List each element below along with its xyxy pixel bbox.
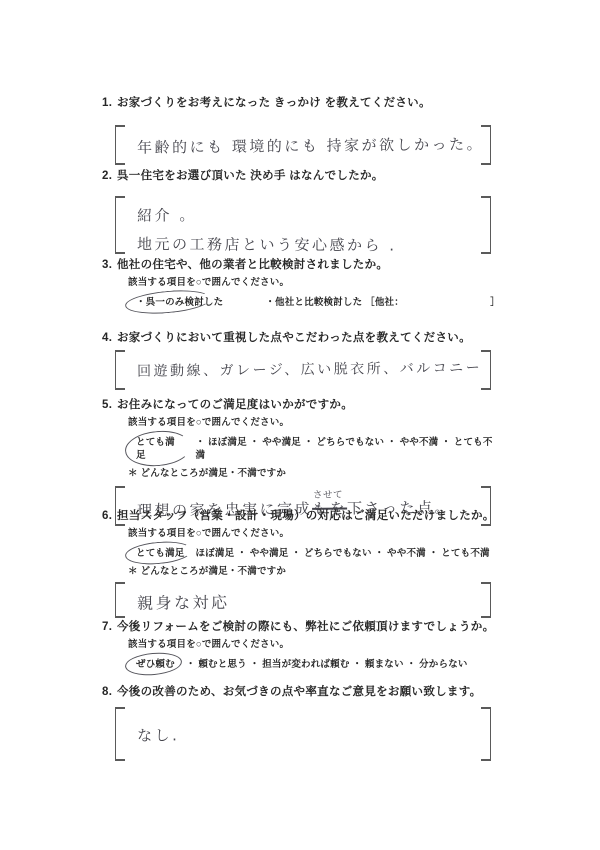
option-selected: ・呉一のみ検討した — [132, 295, 227, 310]
question-text: お家づくりにおいて重視した点やこだわった点を教えてください。 — [117, 331, 502, 345]
question-6: 6. 担当スタッフ（営業・設計・現場）の対応はご満足いただけましたか。 該当する… — [102, 509, 502, 618]
question-number: 1. — [102, 96, 117, 110]
answer-box-1: 年齢的にも 環境的にも 持家が欲しかった。 — [115, 125, 491, 165]
answer-box-4: 回遊動線、ガレージ、広い脱衣所、バルコニー — [115, 350, 491, 390]
question-8: 8. 今後の改善のため、お気づきの点や率直なご意見をお願い致します。 なし. — [102, 685, 502, 761]
question-text: 他社の住宅や、他の業者と比較検討されましたか。 — [117, 258, 502, 272]
answer-box-8: なし. — [115, 707, 491, 761]
question-number: 8. — [102, 685, 117, 699]
question-4: 4. お家づくりにおいて重視した点やこだわった点を教えてください。 回遊動線、ガ… — [102, 331, 502, 390]
question-text: お家づくりをお考えになった きっかけ を教えてください。 — [117, 96, 502, 110]
question-number: 6. — [102, 509, 117, 523]
handwritten-answer: 年齢的にも 環境的にも 持家が欲しかった。 — [115, 123, 491, 158]
handwritten-answer-line-1: 紹介 。 — [115, 194, 491, 229]
handwritten-answer: 親身な対応 — [115, 580, 491, 614]
handwritten-answer: なし. — [115, 705, 491, 746]
question-number: 7. — [102, 620, 117, 634]
circle-instruction: 該当する項目を○で囲んでください。 — [128, 277, 502, 289]
option-label: とても満足 — [136, 437, 175, 461]
question-number: 4. — [102, 331, 117, 345]
question-text: 今後の改善のため、お気づきの点や率直なご意見をお願い致します。 — [117, 685, 502, 699]
question-7-heading: 7. 今後リフォームをご検討の際にも、弊社にご依頼頂けますでしょうか。 — [102, 620, 502, 634]
options-row: とても満足 ・ ほぼ満足 ・ やや満足 ・ どちらでもない ・ やや不満 ・ と… — [132, 435, 502, 463]
answer-box-6: 親身な対応 — [115, 582, 491, 618]
question-text: 呉一住宅をお選び頂いた 決め手 はなんでしたか。 — [117, 169, 502, 183]
question-number: 3. — [102, 258, 117, 272]
question-6-heading: 6. 担当スタッフ（営業・設計・現場）の対応はご満足いただけましたか。 — [102, 509, 502, 523]
question-text: 今後リフォームをご検討の際にも、弊社にご依頼頂けますでしょうか。 — [117, 620, 502, 634]
option-label: ・呉一のみ検討した — [136, 297, 223, 308]
handwritten-answer: 回遊動線、ガレージ、広い脱衣所、バルコニー — [115, 348, 491, 381]
question-number: 2. — [102, 169, 117, 183]
circle-instruction: 該当する項目を○で囲んでください。 — [128, 417, 502, 429]
handwritten-answer-line-2: 地元の工務店という安心感から . — [115, 226, 491, 259]
option-label: とても満足 — [136, 548, 185, 559]
question-5: 5. お住みになってのご満足度はいかがですか。 該当する項目を○で囲んでください… — [102, 398, 502, 526]
followup-note: ＊ どんなところが満足・不満ですか — [128, 468, 502, 480]
option-other: ・他社と比較検討した ［他社： — [265, 296, 404, 309]
options-row: ・呉一のみ検討した ・他社と比較検討した ［他社： ］ — [132, 295, 502, 310]
option-others: ・ ほぼ満足 ・ やや満足 ・ どちらでもない ・ やや不満 ・ とても不満 — [195, 436, 502, 462]
options-row: とても満足 ほぼ満足 ・ やや満足 ・ どちらでもない ・ やや不満 ・ とても… — [132, 546, 502, 561]
option-label: ぜひ頼む — [136, 659, 175, 670]
question-3: 3. 他社の住宅や、他の業者と比較検討されましたか。 該当する項目を○で囲んでく… — [102, 258, 502, 310]
options-row: ぜひ頼む ・ 頼むと思う ・ 担当が変われば頼む ・ 頼まない ・ 分からない — [132, 657, 502, 672]
answer-box-2: 紹介 。 地元の工務店という安心感から . — [115, 196, 491, 254]
option-selected: ぜひ頼む — [132, 657, 179, 672]
question-text: お住みになってのご満足度はいかがですか。 — [117, 398, 502, 412]
circle-annotation — [124, 428, 193, 469]
question-7: 7. 今後リフォームをご検討の際にも、弊社にご依頼頂けますでしょうか。 該当する… — [102, 620, 502, 672]
question-5-heading: 5. お住みになってのご満足度はいかがですか。 — [102, 398, 502, 412]
question-4-heading: 4. お家づくりにおいて重視した点やこだわった点を教えてください。 — [102, 331, 502, 345]
inserted-text-above: させて — [313, 487, 343, 501]
question-3-heading: 3. 他社の住宅や、他の業者と比較検討されましたか。 — [102, 258, 502, 272]
option-others: ・ 頼むと思う ・ 担当が変われば頼む ・ 頼まない ・ 分からない — [186, 658, 468, 671]
question-2: 2. 呉一住宅をお選び頂いた 決め手 はなんでしたか。 紹介 。 地元の工務店と… — [102, 169, 502, 254]
circle-instruction: 該当する項目を○で囲んでください。 — [128, 639, 502, 651]
question-2-heading: 2. 呉一住宅をお選び頂いた 決め手 はなんでしたか。 — [102, 169, 502, 183]
question-1: 1. お家づくりをお考えになった きっかけ を教えてください。 年齢的にも 環境… — [102, 96, 502, 165]
followup-note: ＊ どんなところが満足・不満ですか — [128, 566, 502, 578]
option-close-bracket: ］ — [490, 296, 500, 309]
question-text: 担当スタッフ（営業・設計・現場）の対応はご満足いただけましたか。 — [117, 509, 502, 523]
circle-instruction: 該当する項目を○で囲んでください。 — [128, 528, 502, 540]
option-selected: とても満足 — [132, 435, 188, 463]
survey-form-scan: 1. お家づくりをお考えになった きっかけ を教えてください。 年齢的にも 環境… — [0, 0, 600, 850]
option-selected: とても満足 — [132, 546, 189, 561]
option-others: ほぼ満足 ・ やや満足 ・ どちらでもない ・ やや不満 ・ とても不満 — [196, 547, 490, 560]
question-8-heading: 8. 今後の改善のため、お気づきの点や率直なご意見をお願い致します。 — [102, 685, 502, 699]
question-number: 5. — [102, 398, 117, 412]
question-1-heading: 1. お家づくりをお考えになった きっかけ を教えてください。 — [102, 96, 502, 110]
